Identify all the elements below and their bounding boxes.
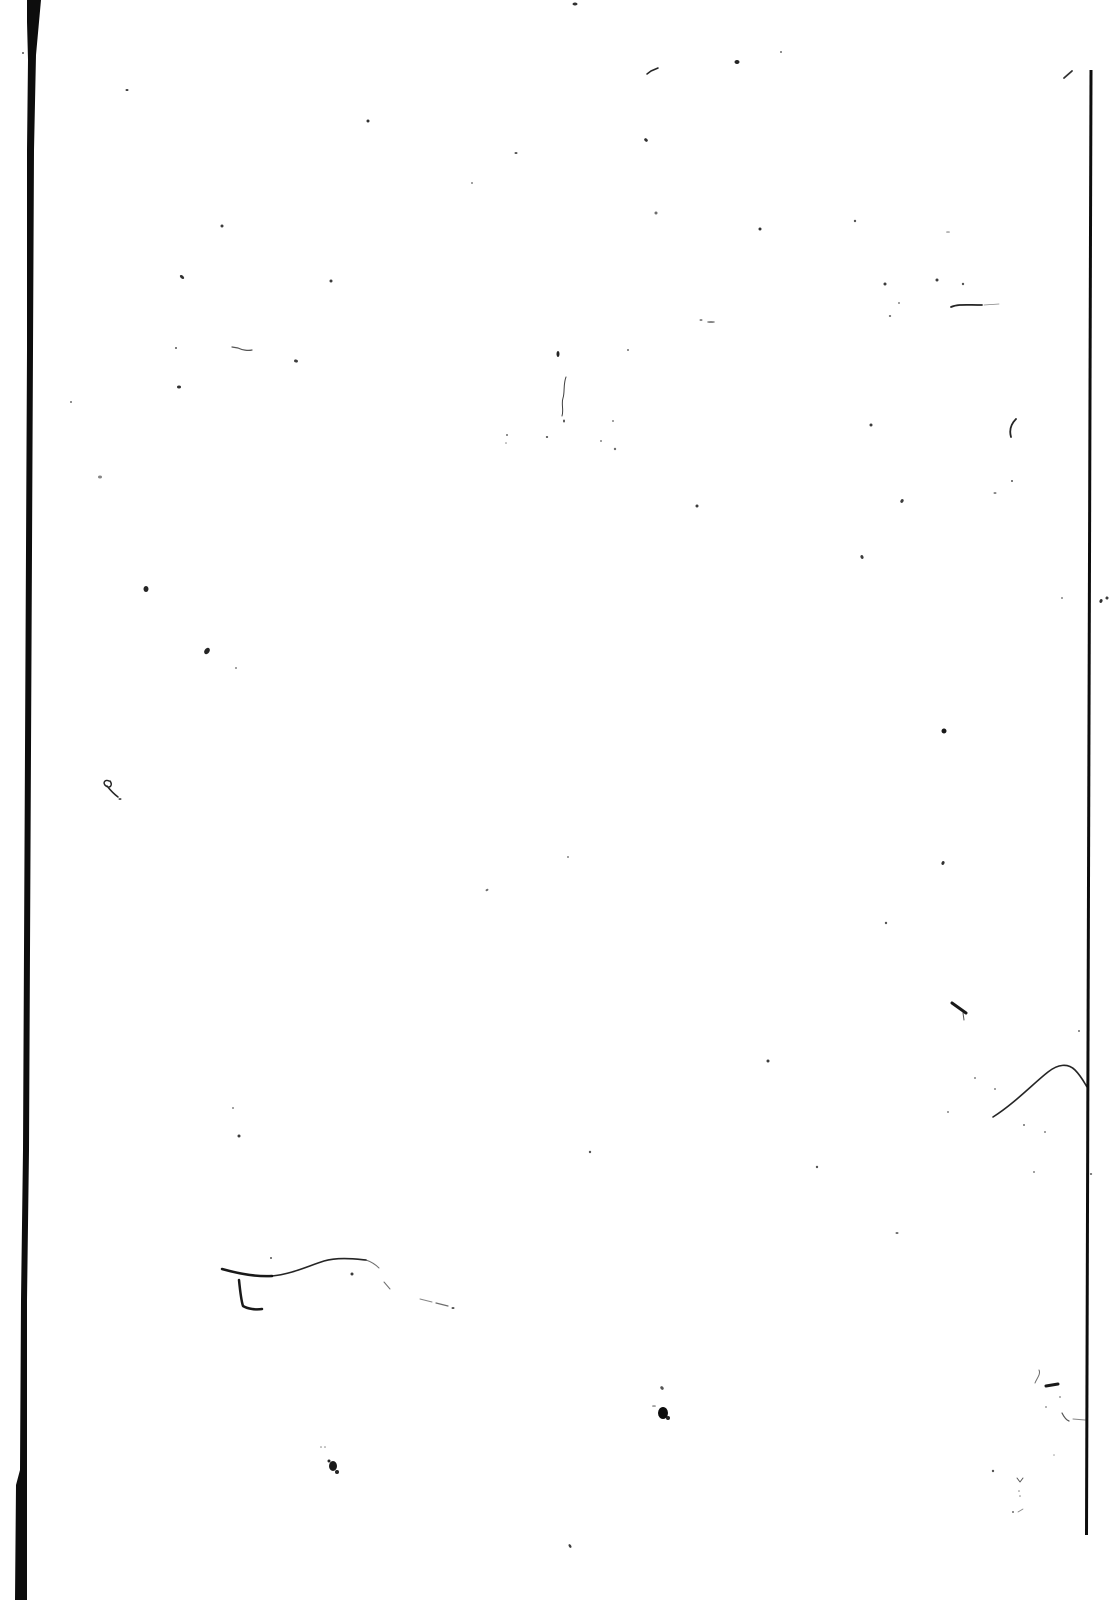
- dust-speck: [707, 321, 715, 323]
- dust-speck: [627, 349, 629, 351]
- dust-speck: [452, 1307, 455, 1309]
- dust-speck: [567, 856, 569, 858]
- hairline-scratch-mark: [951, 305, 982, 307]
- dust-speck: [179, 274, 185, 280]
- dust-speck: [884, 283, 887, 286]
- dust-speck: [1099, 599, 1103, 604]
- dust-speck: [335, 1470, 339, 1474]
- dust-speck: [1045, 1406, 1047, 1408]
- dust-speck: [568, 1544, 572, 1549]
- dust-speck: [505, 442, 507, 444]
- hairline-scratch-mark: [1064, 71, 1072, 78]
- dust-speck: [889, 315, 891, 317]
- hairline-scratch-mark: [1017, 1478, 1023, 1482]
- dust-speck: [696, 505, 699, 508]
- dust-speck: [1044, 1131, 1046, 1133]
- hairline-scratch-mark: [384, 1282, 390, 1289]
- hairline-scratch-mark: [963, 1013, 964, 1020]
- dust-speck: [98, 476, 102, 479]
- dust-speck: [816, 1166, 818, 1168]
- dust-speck: [962, 283, 964, 285]
- dust-speck: [700, 319, 703, 321]
- dust-speck: [330, 280, 333, 283]
- hairline-scratch-mark: [1046, 1384, 1058, 1386]
- dust-speck: [563, 420, 565, 423]
- hairline-scratch-mark: [1062, 1413, 1069, 1421]
- dust-speck: [1018, 1490, 1020, 1492]
- dust-speck: [471, 182, 473, 184]
- hairline-scratch-mark: [239, 1280, 262, 1309]
- dust-speck: [655, 212, 658, 215]
- dust-speck: [238, 1135, 241, 1138]
- dust-speck: [119, 798, 122, 800]
- dust-speck: [232, 1107, 234, 1109]
- dust-speck: [941, 861, 945, 866]
- hairline-scratch-mark: [984, 304, 999, 305]
- dust-speck: [1053, 1454, 1055, 1456]
- dust-speck: [70, 401, 72, 403]
- dust-speck: [573, 3, 578, 6]
- dust-speck: [896, 1232, 899, 1234]
- dust-speck: [546, 436, 548, 438]
- dust-speck: [270, 1257, 272, 1259]
- dust-speck: [652, 1405, 656, 1407]
- dust-speck: [126, 89, 129, 91]
- dust-speck: [759, 228, 762, 231]
- dust-speck: [854, 220, 856, 222]
- dust-speck: [644, 138, 649, 143]
- dust-speck: [175, 347, 177, 349]
- hairline-scratch-mark: [1010, 419, 1016, 437]
- dust-speck: [22, 52, 24, 54]
- dust-speck: [506, 434, 508, 436]
- dust-speck: [515, 152, 518, 154]
- dust-speck: [860, 555, 864, 560]
- dust-speck: [614, 448, 616, 450]
- dust-speck: [994, 1088, 996, 1090]
- dust-speck: [1078, 1030, 1080, 1032]
- hairline-scratch-mark: [647, 68, 658, 74]
- dust-speck: [947, 1111, 949, 1113]
- dust-speck: [870, 424, 873, 427]
- dust-speck: [329, 1461, 337, 1471]
- dust-speck: [1061, 597, 1063, 599]
- dust-speck: [1023, 1124, 1025, 1126]
- dust-speck: [900, 499, 905, 504]
- dust-speck: [320, 1446, 322, 1448]
- dust-speck: [294, 359, 299, 363]
- dust-speck: [324, 1446, 326, 1448]
- dust-speck: [942, 729, 947, 734]
- dust-speck: [992, 1470, 994, 1472]
- dust-speck: [221, 225, 224, 228]
- dust-speck: [600, 440, 602, 442]
- dust-speck: [367, 120, 370, 123]
- scanned-blank-page: [0, 0, 1116, 1600]
- hairline-scratch-mark: [232, 347, 252, 350]
- dust-speck: [735, 60, 740, 64]
- dust-speck: [885, 922, 887, 924]
- dust-speck: [1090, 1173, 1092, 1175]
- hairline-scratch-mark: [1035, 1370, 1040, 1383]
- dust-speck: [660, 1386, 665, 1391]
- dust-speck: [351, 1273, 354, 1276]
- hairline-scratch-mark: [993, 1065, 1087, 1117]
- dust-speck: [767, 1060, 770, 1063]
- dust-speck: [1105, 596, 1109, 600]
- hairline-scratch-mark: [366, 1260, 379, 1268]
- dust-speck: [235, 667, 237, 669]
- hairline-scratch-mark: [222, 1269, 272, 1276]
- dust-speck: [589, 1151, 591, 1153]
- hairline-scratch-mark: [104, 780, 118, 797]
- scan-artifacts-layer: [0, 0, 1116, 1600]
- hairline-scratch-mark: [1018, 1509, 1023, 1512]
- dust-speck: [1033, 1171, 1035, 1173]
- dust-speck: [780, 51, 782, 53]
- dust-speck: [557, 351, 560, 357]
- dust-speck: [177, 386, 181, 389]
- dust-speck: [974, 1077, 976, 1079]
- dust-speck: [946, 231, 950, 233]
- hairline-scratch-mark: [1073, 1419, 1085, 1420]
- dust-speck: [612, 420, 614, 422]
- dust-speck: [1019, 1495, 1021, 1497]
- dust-speck: [666, 1416, 670, 1420]
- page-edge-line: [1085, 70, 1093, 1535]
- dust-speck: [898, 302, 900, 304]
- hairline-scratch-mark: [952, 1003, 966, 1013]
- dust-speck: [1012, 1511, 1014, 1513]
- dust-speck: [1059, 1396, 1061, 1398]
- binding-edge-bar: [15, 0, 41, 1600]
- dust-speck: [203, 647, 211, 656]
- dust-speck: [485, 888, 489, 891]
- dust-speck: [936, 279, 939, 282]
- hairline-scratch-mark: [436, 1303, 448, 1306]
- dust-speck: [994, 492, 997, 494]
- hairline-scratch-mark: [562, 377, 566, 416]
- dust-speck: [144, 586, 149, 592]
- dust-speck: [1011, 480, 1013, 482]
- hairline-scratch-mark: [420, 1299, 432, 1302]
- dust-speck: [328, 1460, 331, 1463]
